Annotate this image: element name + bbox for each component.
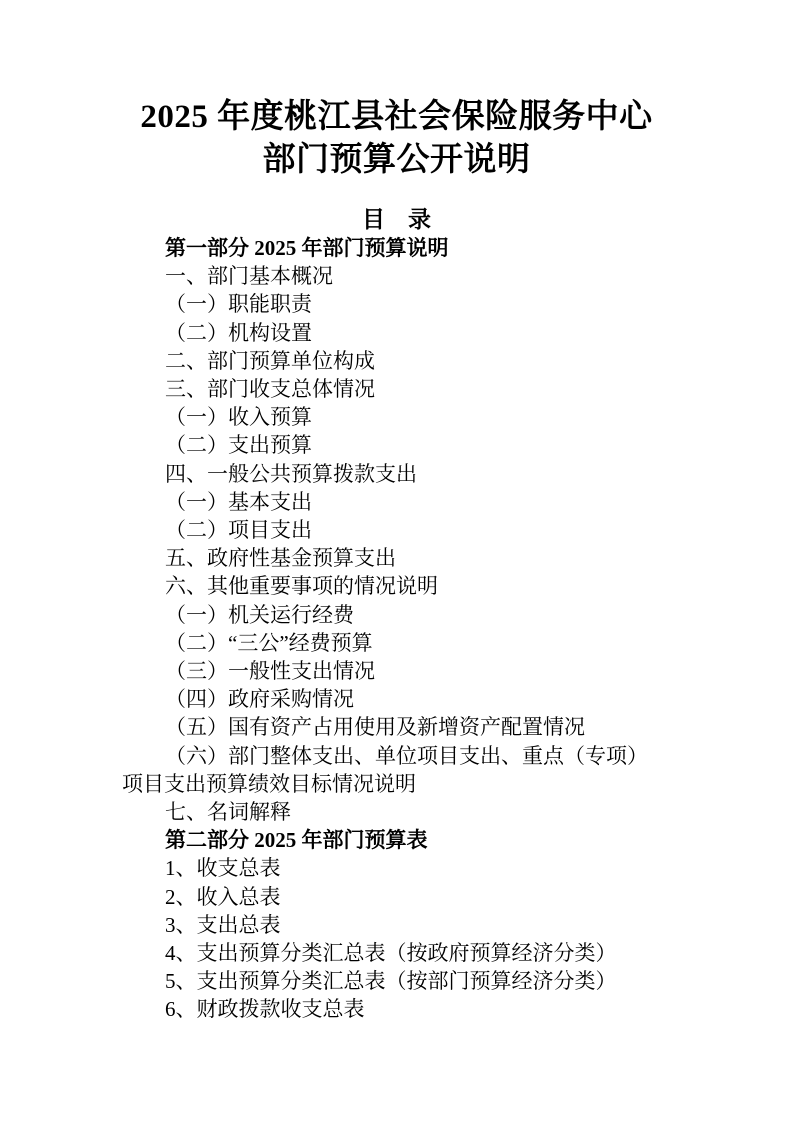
toc-entry: 三、部门收支总体情况: [122, 375, 683, 403]
toc-entry: （一）基本支出: [122, 488, 683, 516]
toc-entry: 1、收支总表: [122, 854, 683, 882]
toc-entry: 七、名词解释: [122, 798, 683, 826]
toc-entry: （三）一般性支出情况: [122, 657, 683, 685]
toc-heading: 目 录: [0, 206, 793, 234]
document-page: 2025 年度桃江县社会保险服务中心 部门预算公开说明 目 录 第一部分 202…: [0, 0, 793, 1122]
toc-entry: 六、其他重要事项的情况说明: [122, 572, 683, 600]
toc-entry: （一）职能职责: [122, 290, 683, 318]
toc-entry: 5、支出预算分类汇总表（按部门预算经济分类）: [122, 967, 683, 995]
toc-entry: （二）项目支出: [122, 516, 683, 544]
toc-entry: 第一部分 2025 年部门预算说明: [122, 234, 683, 262]
toc-list: 第一部分 2025 年部门预算说明一、部门基本概况（一）职能职责（二）机构设置二…: [122, 234, 683, 1024]
toc-entry: （二）支出预算: [122, 431, 683, 459]
toc-entry: 4、支出预算分类汇总表（按政府预算经济分类）: [122, 939, 683, 967]
toc-entry: 6、财政拨款收支总表: [122, 995, 683, 1023]
toc-entry: （六）部门整体支出、单位项目支出、重点（专项）: [122, 742, 683, 770]
toc-entry: （二）“三公”经费预算: [122, 629, 683, 657]
toc-entry: 一、部门基本概况: [122, 262, 683, 290]
document-title-line1: 2025 年度桃江县社会保险服务中心: [0, 96, 793, 139]
toc-entry: 2、收入总表: [122, 883, 683, 911]
toc-entry: 五、政府性基金预算支出: [122, 544, 683, 572]
toc-entry: 二、部门预算单位构成: [122, 347, 683, 375]
toc-entry: 第二部分 2025 年部门预算表: [122, 826, 683, 854]
toc-entry: （五）国有资产占用使用及新增资产配置情况: [122, 713, 683, 741]
toc-entry: 四、一般公共预算拨款支出: [122, 460, 683, 488]
toc-entry: （一）收入预算: [122, 403, 683, 431]
toc-entry: （一）机关运行经费: [122, 601, 683, 629]
toc-entry: （四）政府采购情况: [122, 685, 683, 713]
toc-entry: 3、支出总表: [122, 911, 683, 939]
document-title: 2025 年度桃江县社会保险服务中心 部门预算公开说明: [0, 96, 793, 182]
document-title-line2: 部门预算公开说明: [0, 139, 793, 182]
toc-entry: （二）机构设置: [122, 319, 683, 347]
toc-entry: 项目支出预算绩效目标情况说明: [122, 770, 683, 798]
